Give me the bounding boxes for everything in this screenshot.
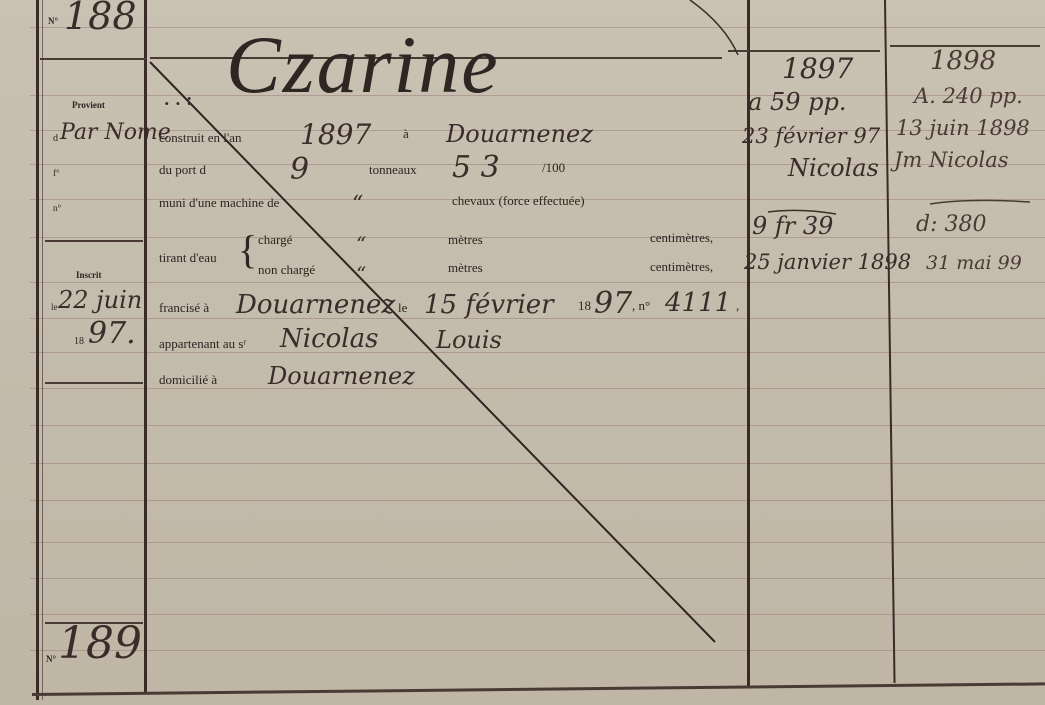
ledger-page: N° 188 N° 189 Provient d Par Nome f° n° …	[0, 0, 1045, 705]
flourish-strokes	[0, 0, 1045, 705]
